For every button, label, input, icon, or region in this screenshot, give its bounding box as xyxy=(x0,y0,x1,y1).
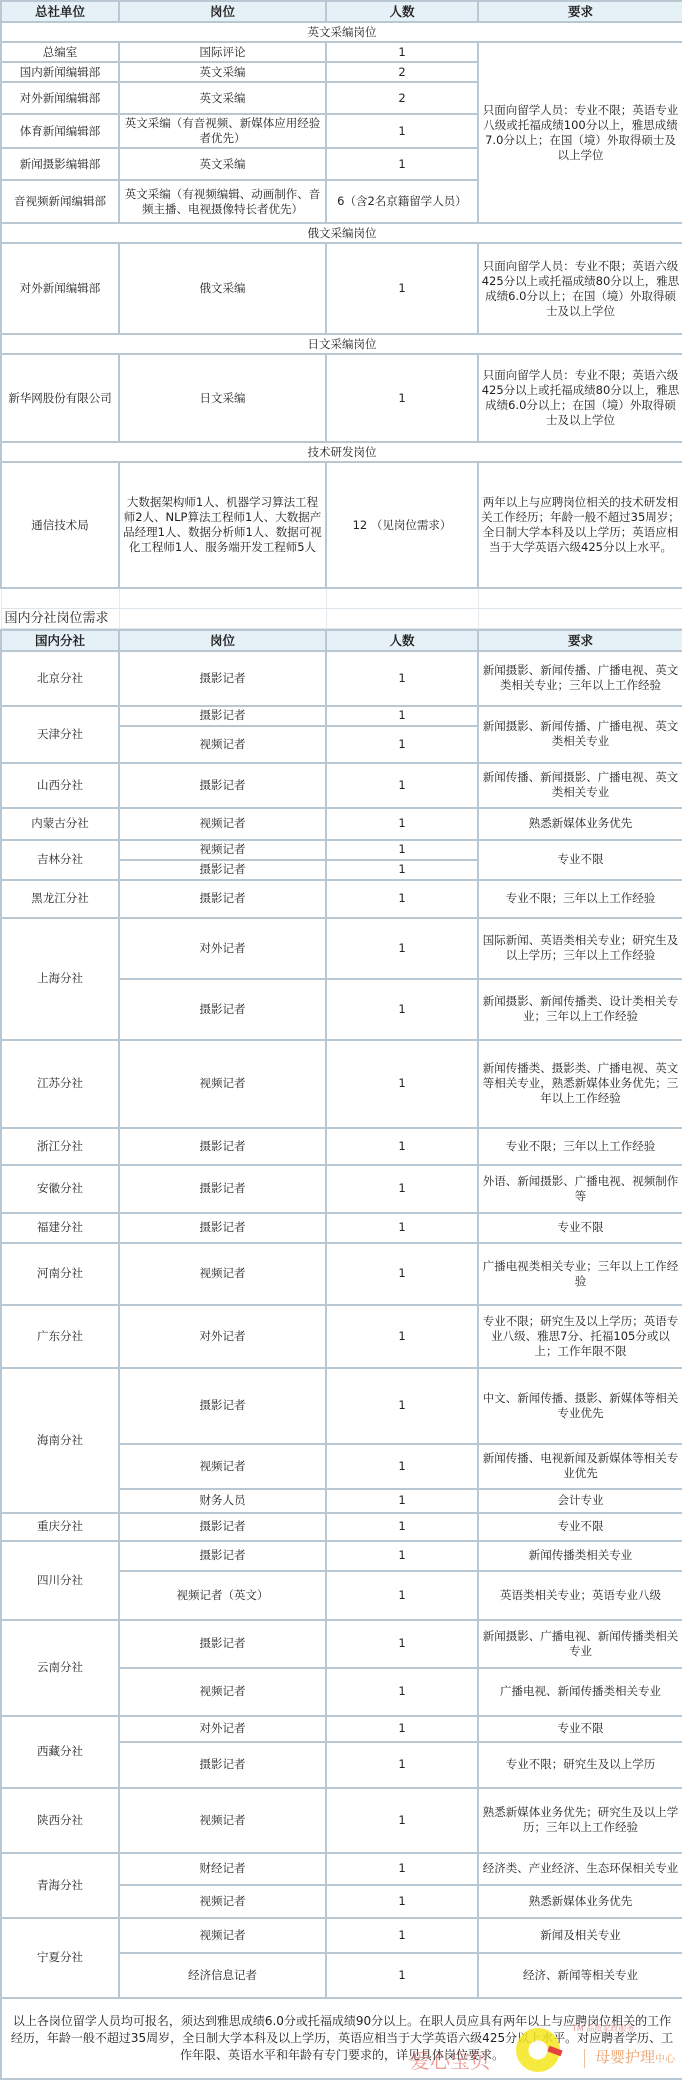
position-cell: 摄影记者 xyxy=(119,1742,326,1788)
position-cell: 视频记者 xyxy=(119,1243,326,1305)
count-cell: 1 xyxy=(326,1918,478,1953)
position-cell: 对外记者 xyxy=(119,1305,326,1368)
count-cell: 1 xyxy=(326,148,478,180)
requirement-cell: 新闻传播、新闻摄影、广播电视、英文类相关专业 xyxy=(478,763,682,808)
branch-name-cell: 黑龙江分社 xyxy=(1,880,119,918)
requirement-cell: 只面向留学人员：专业不限；英语六级425分以上或托福成绩80分以上，雅思成绩6.… xyxy=(478,243,682,334)
position-cell: 视频记者 xyxy=(119,1918,326,1953)
position-cell: 摄影记者 xyxy=(119,1213,326,1243)
count-cell: 1 xyxy=(326,1620,478,1668)
count-cell: 1 xyxy=(326,1668,478,1716)
position-cell: 财务人员 xyxy=(119,1489,326,1513)
position-cell: 视频记者 xyxy=(119,1885,326,1918)
count-cell: 1 xyxy=(326,1165,478,1213)
branch-name-cell: 浙江分社 xyxy=(1,1128,119,1165)
requirement-cell: 国际新闻、英语类相关专业；研究生及以上学历；三年以上工作经验 xyxy=(478,918,682,979)
unit-cell: 对外新闻编辑部 xyxy=(1,243,119,334)
requirement-cell: 专业不限；三年以上工作经验 xyxy=(478,1128,682,1165)
count-cell: 1 xyxy=(326,808,478,840)
position-cell: 视频记者 xyxy=(119,808,326,840)
branch-name-cell: 天津分社 xyxy=(1,706,119,763)
empty-cell xyxy=(326,588,478,608)
requirement-cell: 专业不限；研究生及以上学历 xyxy=(478,1742,682,1788)
position-cell: 英文采编（有视频编辑、动画制作、音频主播、电视摄像特长者优先） xyxy=(119,180,326,223)
empty-cell xyxy=(119,608,326,628)
requirement-cell: 两年以上与应聘岗位相关的技术研发相关工作经历；年龄一般不超过35周岁；全日制大学… xyxy=(478,462,682,588)
count-cell: 1 xyxy=(326,763,478,808)
requirement-cell: 新闻传播类、摄影类、广播电视、英文等相关专业，熟悉新媒体业务优先；三年以上工作经… xyxy=(478,1040,682,1128)
requirement-cell: 新闻及相关专业 xyxy=(478,1918,682,1953)
requirement-cell: 只面向留学人员：专业不限；英语专业八级或托福成绩100分以上，雅思成绩7.0分以… xyxy=(478,42,682,223)
position-cell: 国际评论 xyxy=(119,42,326,62)
count-cell: 1 xyxy=(326,1788,478,1853)
header-unit: 总社单位 xyxy=(1,1,119,22)
header-requirement: 要求 xyxy=(478,630,682,651)
requirement-cell: 中文、新闻传播、摄影、新媒体等相关专业优先 xyxy=(478,1368,682,1444)
header-position: 岗位 xyxy=(119,1,326,22)
count-cell: 1 xyxy=(326,1716,478,1742)
position-cell: 摄影记者 xyxy=(119,1368,326,1444)
count-cell: 1 xyxy=(326,840,478,860)
position-cell: 英文采编 xyxy=(119,82,326,114)
count-cell: 1 xyxy=(326,1742,478,1788)
requirement-cell: 只面向留学人员：专业不限；英语六级425分以上或托福成绩80分以上，雅思成绩6.… xyxy=(478,354,682,442)
requirement-cell: 熟悉新媒体业务优先 xyxy=(478,808,682,840)
footer-note-cell: 以上各岗位留学人员均可报名，须达到雅思成绩6.0分或托福成绩90分以上。在职人员… xyxy=(1,1998,682,2079)
table-row: 重庆分社摄影记者1专业不限 xyxy=(1,1513,682,1541)
table-row: 青海分社财经记者1经济类、产业经济、生态环保相关专业 xyxy=(1,1853,682,1885)
count-cell: 1 xyxy=(326,651,478,706)
footer-row: 以上各岗位留学人员均可报名，须达到雅思成绩6.0分或托福成绩90分以上。在职人员… xyxy=(1,1998,682,2079)
count-cell: 2 xyxy=(326,82,478,114)
table-row: 内蒙古分社视频记者1熟悉新媒体业务优先 xyxy=(1,808,682,840)
section-title-row: 日文采编岗位 xyxy=(1,334,682,354)
requirement-cell: 专业不限；三年以上工作经验 xyxy=(478,880,682,918)
count-cell: 1 xyxy=(326,1128,478,1165)
count-cell: 1 xyxy=(326,726,478,763)
table-row: 山西分社摄影记者1新闻传播、新闻摄影、广播电视、英文类相关专业 xyxy=(1,763,682,808)
table-row: 天津分社摄影记者1新闻摄影、新闻传播、广播电视、英文类相关专业 xyxy=(1,706,682,726)
table-row: 陕西分社视频记者1熟悉新媒体业务优先；研究生及以上学历；三年以上工作经验 xyxy=(1,1788,682,1853)
unit-cell: 总编室 xyxy=(1,42,119,62)
empty-cell xyxy=(1,588,119,608)
position-cell: 英文采编（有音视频、新媒体应用经验者优先） xyxy=(119,114,326,148)
table-row: 河南分社视频记者1广播电视类相关专业；三年以上工作经验 xyxy=(1,1243,682,1305)
section-title-row: 英文采编岗位 xyxy=(1,22,682,42)
position-cell: 对外记者 xyxy=(119,1716,326,1742)
header-branch: 国内分社 xyxy=(1,630,119,651)
count-cell: 1 xyxy=(326,979,478,1040)
position-cell: 视频记者 xyxy=(119,1040,326,1128)
position-cell: 俄文采编 xyxy=(119,243,326,334)
requirement-cell: 会计专业 xyxy=(478,1489,682,1513)
requirement-cell: 新闻传播、电视新闻及新媒体等相关专业优先 xyxy=(478,1444,682,1489)
position-cell: 摄影记者 xyxy=(119,1128,326,1165)
requirement-cell: 广播电视类相关专业；三年以上工作经验 xyxy=(478,1243,682,1305)
branch-name-cell: 山西分社 xyxy=(1,763,119,808)
empty-cell xyxy=(478,608,682,628)
position-cell: 摄影记者 xyxy=(119,763,326,808)
table-row: 福建分社摄影记者1专业不限 xyxy=(1,1213,682,1243)
position-cell: 英文采编 xyxy=(119,148,326,180)
requirement-cell: 新闻摄影、新闻传播类、设计类相关专业；三年以上工作经验 xyxy=(478,979,682,1040)
branch-name-cell: 陕西分社 xyxy=(1,1788,119,1853)
requirement-cell: 新闻摄影、新闻传播、广播电视、英文类相关专业；三年以上工作经验 xyxy=(478,651,682,706)
position-cell: 大数据架构师1人、机器学习算法工程师2人、NLP算法工程师1人、大数据产品经理1… xyxy=(119,462,326,588)
position-cell: 视频记者 xyxy=(119,840,326,860)
position-cell: 视频记者（英文） xyxy=(119,1571,326,1620)
position-cell: 对外记者 xyxy=(119,918,326,979)
table-row: 上海分社对外记者1国际新闻、英语类相关专业；研究生及以上学历；三年以上工作经验 xyxy=(1,918,682,979)
branch-name-cell: 上海分社 xyxy=(1,918,119,1040)
count-cell: 2 xyxy=(326,62,478,82)
branch-name-cell: 重庆分社 xyxy=(1,1513,119,1541)
header-count: 人数 xyxy=(326,630,478,651)
position-cell: 视频记者 xyxy=(119,1444,326,1489)
branch-name-cell: 云南分社 xyxy=(1,1620,119,1716)
branch-name-cell: 北京分社 xyxy=(1,651,119,706)
empty-cell xyxy=(119,588,326,608)
footer-note: 以上各岗位留学人员均可报名，须达到雅思成绩6.0分或托福成绩90分以上。在职人员… xyxy=(11,2014,673,2062)
table-row: 江苏分社视频记者1新闻传播类、摄影类、广播电视、英文等相关专业，熟悉新媒体业务优… xyxy=(1,1040,682,1128)
section-title-row: 技术研发岗位 xyxy=(1,442,682,462)
count-cell: 1 xyxy=(326,114,478,148)
table-row: 广东分社对外记者1专业不限；研究生及以上学历；英语专业八级、雅思7分、托福105… xyxy=(1,1305,682,1368)
count-cell: 1 xyxy=(326,880,478,918)
table-row: 云南分社摄影记者1新闻摄影、广播电视、新闻传播类相关专业 xyxy=(1,1620,682,1668)
unit-cell: 通信技术局 xyxy=(1,462,119,588)
position-cell: 摄影记者 xyxy=(119,880,326,918)
branch-name-cell: 内蒙古分社 xyxy=(1,808,119,840)
unit-cell: 音视频新闻编辑部 xyxy=(1,180,119,223)
position-cell: 摄影记者 xyxy=(119,651,326,706)
table-row: 新华网股份有限公司 日文采编 1 只面向留学人员：专业不限；英语六级425分以上… xyxy=(1,354,682,442)
watermark-right-main: 母婴护理 xyxy=(595,2048,655,2066)
hq-header-row: 总社单位 岗位 人数 要求 xyxy=(1,1,682,22)
table-row: 浙江分社摄影记者1专业不限；三年以上工作经验 xyxy=(1,1128,682,1165)
branch-name-cell: 青海分社 xyxy=(1,1853,119,1918)
branch-positions-table: 国内分社 岗位 人数 要求 北京分社摄影记者1新闻摄影、新闻传播、广播电视、英文… xyxy=(0,629,682,2080)
branch-name-cell: 宁夏分社 xyxy=(1,1918,119,1998)
section-title-russian: 俄文采编岗位 xyxy=(1,223,682,243)
table-row: 总编室 国际评论 1 只面向留学人员：专业不限；英语专业八级或托福成绩100分以… xyxy=(1,42,682,62)
table-row: 黑龙江分社摄影记者1专业不限；三年以上工作经验 xyxy=(1,880,682,918)
position-cell: 视频记者 xyxy=(119,1668,326,1716)
section-title-row: 俄文采编岗位 xyxy=(1,223,682,243)
header-count: 人数 xyxy=(326,1,478,22)
requirement-cell: 经济类、产业经济、生态环保相关专业 xyxy=(478,1853,682,1885)
branch-table-body: 北京分社摄影记者1新闻摄影、新闻传播、广播电视、英文类相关专业；三年以上工作经验… xyxy=(1,651,682,1998)
position-cell: 经济信息记者 xyxy=(119,1953,326,1998)
table-row: 北京分社摄影记者1新闻摄影、新闻传播、广播电视、英文类相关专业；三年以上工作经验 xyxy=(1,651,682,706)
position-cell: 摄影记者 xyxy=(119,1541,326,1571)
hq-positions-table: 总社单位 岗位 人数 要求 英文采编岗位 总编室 国际评论 1 只面向留学人员：… xyxy=(0,0,682,629)
position-cell: 视频记者 xyxy=(119,726,326,763)
count-cell: 1 xyxy=(326,1368,478,1444)
count-cell: 1 xyxy=(326,42,478,62)
header-requirement: 要求 xyxy=(478,1,682,22)
count-cell: 1 xyxy=(326,1541,478,1571)
table-row: 安徽分社摄影记者1外语、新闻摄影、广播电视、视频制作等 xyxy=(1,1165,682,1213)
unit-cell: 体育新闻编辑部 xyxy=(1,114,119,148)
branch-name-cell: 四川分社 xyxy=(1,1541,119,1620)
branch-name-cell: 福建分社 xyxy=(1,1213,119,1243)
count-cell: 12 （见岗位需求） xyxy=(326,462,478,588)
branch-section-label: 国内分社岗位需求 xyxy=(1,608,119,628)
count-cell: 1 xyxy=(326,1489,478,1513)
branch-name-cell: 江苏分社 xyxy=(1,1040,119,1128)
branch-name-cell: 海南分社 xyxy=(1,1368,119,1513)
requirement-cell: 外语、新闻摄影、广播电视、视频制作等 xyxy=(478,1165,682,1213)
position-cell: 摄影记者 xyxy=(119,979,326,1040)
watermark-right-text: 母婴护理中心 xyxy=(584,2049,675,2068)
requirement-cell: 经济、新闻等相关专业 xyxy=(478,1953,682,1998)
count-cell: 1 xyxy=(326,354,478,442)
section-title-japanese: 日文采编岗位 xyxy=(1,334,682,354)
table-row: 通信技术局 大数据架构师1人、机器学习算法工程师2人、NLP算法工程师1人、大数… xyxy=(1,462,682,588)
unit-cell: 对外新闻编辑部 xyxy=(1,82,119,114)
requirement-cell: 新闻传播类相关专业 xyxy=(478,1541,682,1571)
position-cell: 摄影记者 xyxy=(119,1620,326,1668)
count-cell: 1 xyxy=(326,1885,478,1918)
table-row: 宁夏分社视频记者1新闻及相关专业 xyxy=(1,1918,682,1953)
branch-header-row: 国内分社 岗位 人数 要求 xyxy=(1,630,682,651)
requirement-cell: 熟悉新媒体业务优先；研究生及以上学历；三年以上工作经验 xyxy=(478,1788,682,1853)
branch-label-row: 国内分社岗位需求 xyxy=(1,608,682,628)
position-cell: 日文采编 xyxy=(119,354,326,442)
spacer-row xyxy=(1,588,682,608)
unit-cell: 新闻摄影编辑部 xyxy=(1,148,119,180)
branch-name-cell: 吉林分社 xyxy=(1,840,119,880)
count-cell: 1 xyxy=(326,860,478,880)
count-cell: 1 xyxy=(326,1853,478,1885)
requirement-cell: 专业不限 xyxy=(478,1513,682,1541)
position-cell: 摄影记者 xyxy=(119,1513,326,1541)
count-cell: 1 xyxy=(326,1444,478,1489)
requirement-cell: 英语类相关专业；英语专业八级 xyxy=(478,1571,682,1620)
position-cell: 摄影记者 xyxy=(119,706,326,726)
unit-cell: 新华网股份有限公司 xyxy=(1,354,119,442)
count-cell: 1 xyxy=(326,1243,478,1305)
count-cell: 1 xyxy=(326,1040,478,1128)
section-title-tech: 技术研发岗位 xyxy=(1,442,682,462)
table-row: 吉林分社视频记者1专业不限 xyxy=(1,840,682,860)
requirement-cell: 专业不限；研究生及以上学历；英语专业八级、雅思7分、托福105分或以上；工作年限… xyxy=(478,1305,682,1368)
branch-name-cell: 西藏分社 xyxy=(1,1716,119,1788)
position-cell: 视频记者 xyxy=(119,1788,326,1853)
section-title-english: 英文采编岗位 xyxy=(1,22,682,42)
position-cell: 财经记者 xyxy=(119,1853,326,1885)
count-cell: 1 xyxy=(326,1571,478,1620)
table-row: 四川分社摄影记者1新闻传播类相关专业 xyxy=(1,1541,682,1571)
count-cell: 6（含2名京籍留学人员） xyxy=(326,180,478,223)
requirement-cell: 专业不限 xyxy=(478,1213,682,1243)
requirement-cell: 专业不限 xyxy=(478,1716,682,1742)
position-cell: 英文采编 xyxy=(119,62,326,82)
table-row: 对外新闻编辑部 俄文采编 1 只面向留学人员：专业不限；英语六级425分以上或托… xyxy=(1,243,682,334)
table-row: 海南分社摄影记者1中文、新闻传播、摄影、新媒体等相关专业优先 xyxy=(1,1368,682,1444)
branch-name-cell: 安徽分社 xyxy=(1,1165,119,1213)
count-cell: 1 xyxy=(326,1513,478,1541)
empty-cell xyxy=(478,588,682,608)
position-cell: 摄影记者 xyxy=(119,860,326,880)
requirement-cell: 熟悉新媒体业务优先 xyxy=(478,1885,682,1918)
requirement-cell: 新闻摄影、新闻传播、广播电视、英文类相关专业 xyxy=(478,706,682,763)
count-cell: 1 xyxy=(326,918,478,979)
requirement-cell: 广播电视、新闻传播类相关专业 xyxy=(478,1668,682,1716)
count-cell: 1 xyxy=(326,1213,478,1243)
empty-cell xyxy=(326,608,478,628)
count-cell: 1 xyxy=(326,243,478,334)
table-row: 西藏分社对外记者1专业不限 xyxy=(1,1716,682,1742)
branch-name-cell: 河南分社 xyxy=(1,1243,119,1305)
branch-name-cell: 广东分社 xyxy=(1,1305,119,1368)
requirement-cell: 专业不限 xyxy=(478,840,682,880)
requirement-cell: 新闻摄影、广播电视、新闻传播类相关专业 xyxy=(478,1620,682,1668)
count-cell: 1 xyxy=(326,706,478,726)
unit-cell: 国内新闻编辑部 xyxy=(1,62,119,82)
header-position: 岗位 xyxy=(119,630,326,651)
watermark-right-small: 中心 xyxy=(655,2054,675,2065)
count-cell: 1 xyxy=(326,1305,478,1368)
count-cell: 1 xyxy=(326,1953,478,1998)
position-cell: 摄影记者 xyxy=(119,1165,326,1213)
